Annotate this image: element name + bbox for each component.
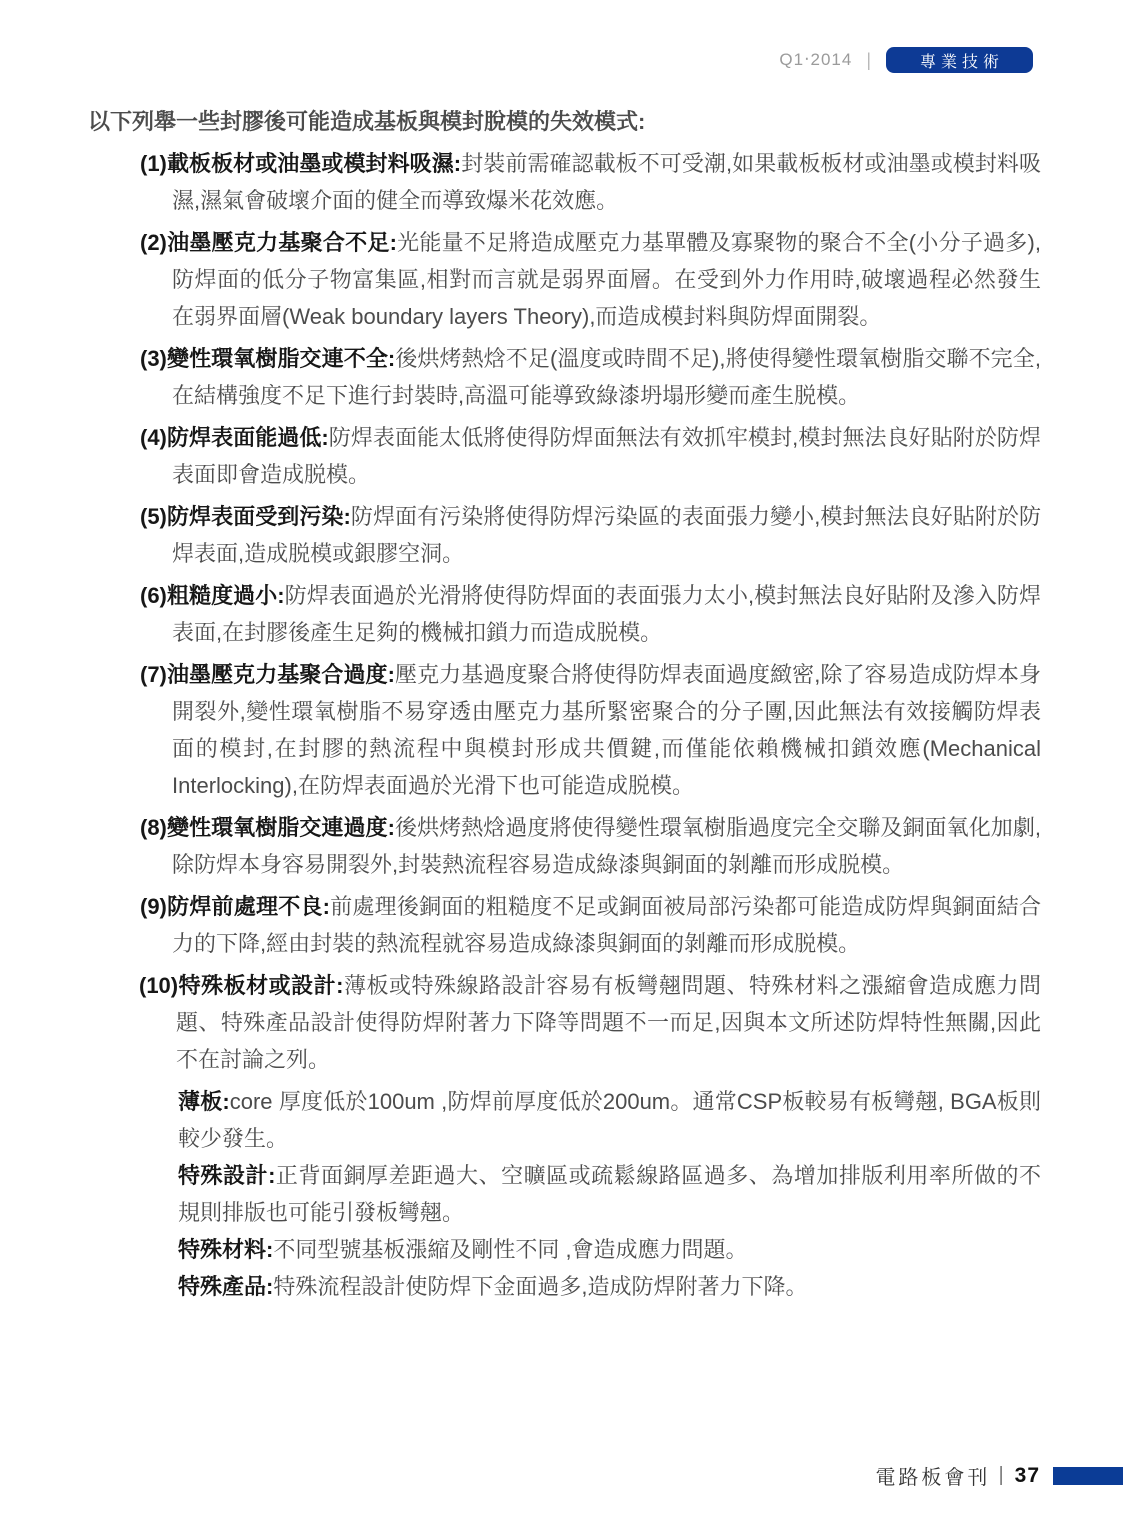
sub-item-special-material: 特殊材料:不同型號基板漲縮及剛性不同 ,會造成應力問題。 [178, 1231, 1041, 1268]
sub-item-special-product: 特殊產品:特殊流程設計使防焊下金面過多,造成防焊附著力下降。 [178, 1268, 1041, 1305]
sub-item-label: 薄板: [178, 1089, 230, 1114]
failure-mode-item-9: (9)防焊前處理不良:前處理後銅面的粗糙度不足或銅面被局部污染都可能造成防焊與銅… [172, 888, 1041, 962]
item-heading: (4)防焊表面能過低: [140, 425, 329, 450]
failure-mode-item-4: (4)防焊表面能過低:防焊表面能太低將使得防焊面無法有效抓牢模封,模封無法良好貼… [172, 419, 1041, 493]
failure-mode-item-5: (5)防焊表面受到污染:防焊面有污染將使得防焊污染區的表面張力變小,模封無法良好… [172, 498, 1041, 572]
sub-item-special-design: 特殊設計:正背面銅厚差距過大、空曠區或疏鬆線路區過多、為增加排版利用率所做的不規… [178, 1157, 1041, 1231]
item-heading: (5)防焊表面受到污染: [140, 504, 351, 529]
topic-badge: 專業技術 [886, 47, 1033, 73]
sub-item-label: 特殊材料: [178, 1237, 273, 1262]
intro-paragraph: 以下列舉一些封膠後可能造成基板與模封脫模的失效模式: [88, 103, 1041, 140]
item-heading: (2)油墨壓克力基聚合不足: [140, 230, 397, 255]
item-heading: (7)油墨壓克力基聚合過度: [140, 662, 395, 687]
item-heading: (3)變性環氧樹脂交連不全: [140, 346, 395, 371]
article-body: 以下列舉一些封膠後可能造成基板與模封脫模的失效模式: (1)載板板材或油墨或模封… [88, 103, 1041, 1305]
page-footer: 電路板會刊 | 37 [875, 1461, 1123, 1490]
failure-mode-item-10: (10)特殊板材或設計:薄板或特殊線路設計容易有板彎翹問題、特殊材料之漲縮會造成… [176, 967, 1041, 1078]
failure-mode-item-8: (8)變性環氧樹脂交連過度:後烘烤熱焓過度將使得變性環氧樹脂過度完全交聯及銅面氧… [172, 809, 1041, 883]
item-heading: (6)粗糙度過小: [140, 583, 285, 608]
magazine-page: Q1‧2014 | 專業技術 以下列舉一些封膠後可能造成基板與模封脫模的失效模式… [0, 0, 1123, 1536]
sub-item-text: 不同型號基板漲縮及剛性不同 ,會造成應力問題。 [273, 1237, 747, 1262]
item-body: 防焊表面過於光滑將使得防焊面的表面張力太小,模封無法良好貼附及滲入防焊表面,在封… [172, 583, 1041, 645]
issue-label: Q1‧2014 [779, 50, 852, 70]
failure-mode-item-2: (2)油墨壓克力基聚合不足:光能量不足將造成壓克力基單體及寡聚物的聚合不全(小分… [172, 224, 1041, 335]
failure-mode-item-7: (7)油墨壓克力基聚合過度:壓克力基過度聚合將使得防焊表面過度緻密,除了容易造成… [172, 656, 1041, 804]
sub-item-text: 特殊流程設計使防焊下金面過多,造成防焊附著力下降。 [273, 1274, 807, 1299]
footer-separator: | [998, 1464, 1003, 1487]
sub-item-label: 特殊產品: [178, 1274, 273, 1299]
header-separator: | [866, 50, 872, 71]
sub-item-text: 正背面銅厚差距過大、空曠區或疏鬆線路區過多、為增加排版利用率所做的不規則排版也可… [178, 1163, 1041, 1225]
footer-accent-bar [1053, 1467, 1123, 1485]
item-heading: (10)特殊板材或設計: [139, 973, 343, 998]
page-number: 37 [1015, 1464, 1040, 1488]
failure-mode-item-1: (1)載板板材或油墨或模封料吸濕:封裝前需確認載板不可受潮,如果載板板材或油墨或… [172, 145, 1041, 219]
journal-name: 電路板會刊 [875, 1461, 990, 1490]
item-heading: (1)載板板材或油墨或模封料吸濕: [140, 151, 461, 176]
sub-item-label: 特殊設計: [178, 1163, 275, 1188]
item-heading: (8)變性環氧樹脂交連過度: [140, 815, 395, 840]
failure-mode-item-6: (6)粗糙度過小:防焊表面過於光滑將使得防焊面的表面張力太小,模封無法良好貼附及… [172, 577, 1041, 651]
sub-item-thin-board: 薄板:core 厚度低於100um ,防焊前厚度低於200um。通常CSP板較易… [178, 1083, 1041, 1157]
item-heading: (9)防焊前處理不良: [140, 894, 330, 919]
sub-item-text: core 厚度低於100um ,防焊前厚度低於200um。通常CSP板較易有板彎… [178, 1089, 1041, 1151]
failure-mode-item-3: (3)變性環氧樹脂交連不全:後烘烤熱焓不足(溫度或時間不足),將使得變性環氧樹脂… [172, 340, 1041, 414]
page-header: Q1‧2014 | 專業技術 [779, 47, 1033, 73]
